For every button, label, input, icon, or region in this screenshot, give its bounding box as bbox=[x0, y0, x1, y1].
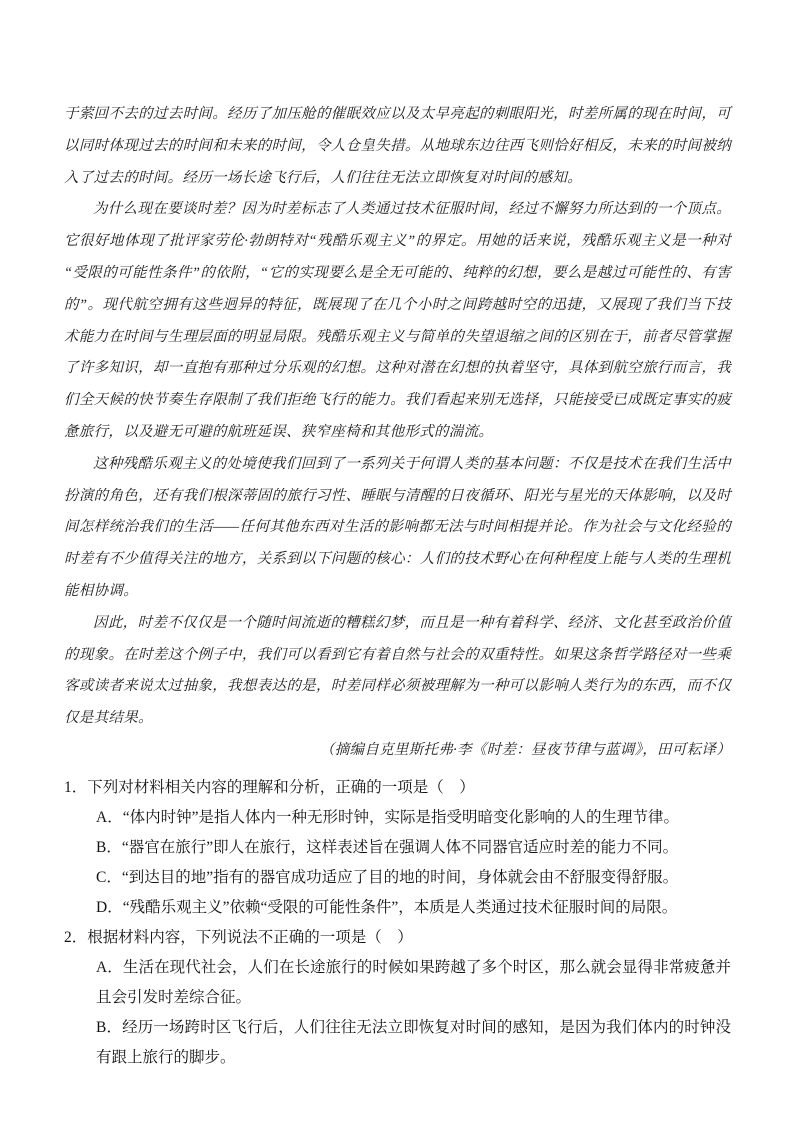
question-2-option-a: A．生活在现代社会，人们在长途旅行的时候如果跨越了多个时区，那么就会显得非常疲惫… bbox=[64, 953, 731, 1013]
option-label: D． bbox=[96, 899, 123, 916]
question-stem-text: 根据材料内容，下列说法不正确的一项是（ ） bbox=[87, 929, 413, 946]
question-stem-text: 下列对材料相关内容的理解和分析，正确的一项是（ ） bbox=[87, 779, 475, 796]
question-section: 1．下列对材料相关内容的理解和分析，正确的一项是（ ） A．“体内时钟”是指人体… bbox=[64, 773, 731, 1073]
passage-paragraph: 为什么现在要谈时差？因为时差标志了人类通过技术征服时间，经过不懈努力所达到的一个… bbox=[64, 194, 731, 448]
option-text: 生活在现代社会，人们在长途旅行的时候如果跨越了多个时区，那么就会显得非常疲惫并且… bbox=[96, 959, 731, 1006]
question-1-stem: 1．下列对材料相关内容的理解和分析，正确的一项是（ ） bbox=[64, 773, 731, 803]
question-1: 1．下列对材料相关内容的理解和分析，正确的一项是（ ） A．“体内时钟”是指人体… bbox=[64, 773, 731, 923]
option-text: “器官在旅行”即人在旅行，这样表述旨在强调人体不同器官适应时差的能力不同。 bbox=[122, 839, 678, 856]
question-2-option-b: B．经历一场跨时区飞行后，人们往往无法立即恢复对时间的感知，是因为我们体内的时钟… bbox=[64, 1013, 731, 1073]
passage-paragraph-continuation: 于萦回不去的过去时间。经历了加压舱的催眠效应以及太早亮起的刺眼阳光，时差所属的现… bbox=[64, 99, 731, 194]
document-page: 于萦回不去的过去时间。经历了加压舱的催眠效应以及太早亮起的刺眼阳光，时差所属的现… bbox=[0, 0, 794, 1123]
option-label: C． bbox=[96, 869, 122, 886]
question-1-option-b: B．“器官在旅行”即人在旅行，这样表述旨在强调人体不同器官适应时差的能力不同。 bbox=[64, 833, 731, 863]
question-1-option-d: D．“残酷乐观主义”依赖“受限的可能性条件”，本质是人类通过技术征服时间的局限。 bbox=[64, 893, 731, 923]
option-label: A． bbox=[96, 809, 123, 826]
question-2-stem: 2．根据材料内容，下列说法不正确的一项是（ ） bbox=[64, 923, 731, 953]
option-text: “体内时钟”是指人体内一种无形时钟，实际是指受明暗变化影响的人的生理节律。 bbox=[123, 809, 679, 826]
option-text: “到达目的地”指有的器官成功适应了目的地的时间，身体就会由不舒服变得舒服。 bbox=[122, 869, 678, 886]
option-text: 经历一场跨时区飞行后，人们往往无法立即恢复对时间的感知，是因为我们体内的时钟没有… bbox=[96, 1019, 731, 1066]
question-number: 2． bbox=[64, 929, 87, 946]
option-label: B． bbox=[96, 1019, 122, 1036]
passage-paragraph: 因此，时差不仅仅是一个随时间流逝的糟糕幻梦，而且是一种有着科学、经济、文化甚至政… bbox=[64, 608, 731, 735]
passage-paragraph: 这种残酷乐观主义的处境使我们回到了一系列关于何谓人类的基本问题：不仅是技术在我们… bbox=[64, 449, 731, 608]
passage-attribution: （摘编自克里斯托弗·李《时差：昼夜节律与蓝调》，田可耘译） bbox=[64, 735, 731, 767]
question-1-option-a: A．“体内时钟”是指人体内一种无形时钟，实际是指受明暗变化影响的人的生理节律。 bbox=[64, 803, 731, 833]
question-1-option-c: C．“到达目的地”指有的器官成功适应了目的地的时间，身体就会由不舒服变得舒服。 bbox=[64, 863, 731, 893]
question-2: 2．根据材料内容，下列说法不正确的一项是（ ） A．生活在现代社会，人们在长途旅… bbox=[64, 923, 731, 1073]
option-text: “残酷乐观主义”依赖“受限的可能性条件”，本质是人类通过技术征服时间的局限。 bbox=[123, 899, 678, 916]
option-label: A． bbox=[96, 959, 123, 976]
option-label: B． bbox=[96, 839, 122, 856]
question-number: 1． bbox=[64, 779, 87, 796]
reading-passage: 于萦回不去的过去时间。经历了加压舱的催眠效应以及太早亮起的刺眼阳光，时差所属的现… bbox=[64, 99, 731, 767]
